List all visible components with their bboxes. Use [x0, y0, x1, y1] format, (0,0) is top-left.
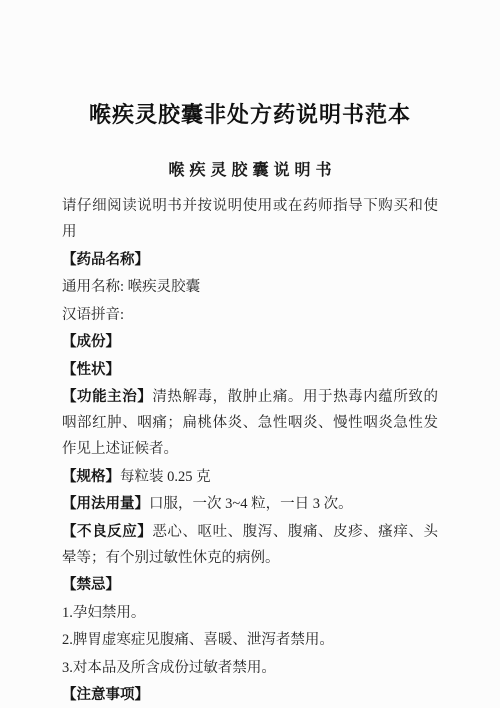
- paragraph: 【性状】: [62, 357, 438, 383]
- section-label: 【用法用量】: [62, 496, 149, 512]
- section-label: 【药品名称】: [62, 252, 149, 268]
- paragraph-text: 2.脾胃虚寒症见腹痛、喜暖、泄泻者禁用。: [62, 632, 334, 648]
- paragraph-text: 汉语拼音:: [62, 307, 124, 323]
- section-label: 【禁忌】: [62, 577, 120, 593]
- paragraph: 1.孕妇禁用。: [62, 600, 438, 626]
- paragraph-text: 3.对本品及所含成份过敏者禁用。: [62, 660, 276, 676]
- paragraph: 【禁忌】: [62, 572, 438, 598]
- body-paragraphs: 【药品名称】 通用名称: 喉疾灵胶囊 汉语拼音: 【成份】 【性状】 【功能主治…: [62, 247, 438, 708]
- paragraph: 【不良反应】恶心、呕吐、腹泻、腹痛、皮疹、瘙痒、头晕等；有个别过敏性休克的病例。: [62, 519, 438, 571]
- section-label: 【规格】: [62, 469, 120, 485]
- paragraph-text: 通用名称: 喉疾灵胶囊: [62, 279, 200, 295]
- section-label: 【成份】: [62, 334, 120, 350]
- paragraph: 汉语拼音:: [62, 302, 438, 328]
- paragraph: 【注意事项】: [62, 682, 438, 708]
- page-title: 喉疾灵胶囊非处方药说明书范本: [0, 98, 500, 132]
- section-label: 【不良反应】: [62, 524, 152, 540]
- section-label: 【性状】: [62, 362, 120, 378]
- paragraph: 【药品名称】: [62, 247, 438, 273]
- paragraph: 通用名称: 喉疾灵胶囊: [62, 274, 438, 300]
- paragraph-text: 每粒装 0.25 克: [120, 469, 211, 485]
- section-label: 【注意事项】: [62, 687, 149, 703]
- leaflet-subtitle: 喉疾灵胶囊说明书: [0, 160, 500, 182]
- paragraph-text: 口服，一次 3~4 粒，一日 3 次。: [149, 496, 353, 512]
- paragraph: 2.脾胃虚寒症见腹痛、喜暖、泄泻者禁用。: [62, 627, 438, 653]
- paragraph: 【规格】每粒装 0.25 克: [62, 464, 438, 490]
- paragraph: 【用法用量】口服，一次 3~4 粒，一日 3 次。: [62, 491, 438, 517]
- read-instructions-notice: 请仔细阅读说明书并按说明使用或在药师指导下购买和使用: [62, 193, 438, 245]
- section-label: 【功能主治】: [62, 389, 152, 405]
- paragraph: 【功能主治】清热解毒，散肿止痛。用于热毒内蕴所致的咽部红肿、咽痛；扁桃体炎、急性…: [62, 384, 438, 462]
- paragraph: 【成份】: [62, 329, 438, 355]
- paragraph-text: 1.孕妇禁用。: [62, 605, 145, 621]
- drug-leaflet-page: 喉疾灵胶囊非处方药说明书范本 喉疾灵胶囊说明书 请仔细阅读说明书并按说明使用或在…: [0, 0, 500, 708]
- paragraph: 3.对本品及所含成份过敏者禁用。: [62, 655, 438, 681]
- leaflet-body: 请仔细阅读说明书并按说明使用或在药师指导下购买和使用 【药品名称】 通用名称: …: [62, 193, 438, 708]
